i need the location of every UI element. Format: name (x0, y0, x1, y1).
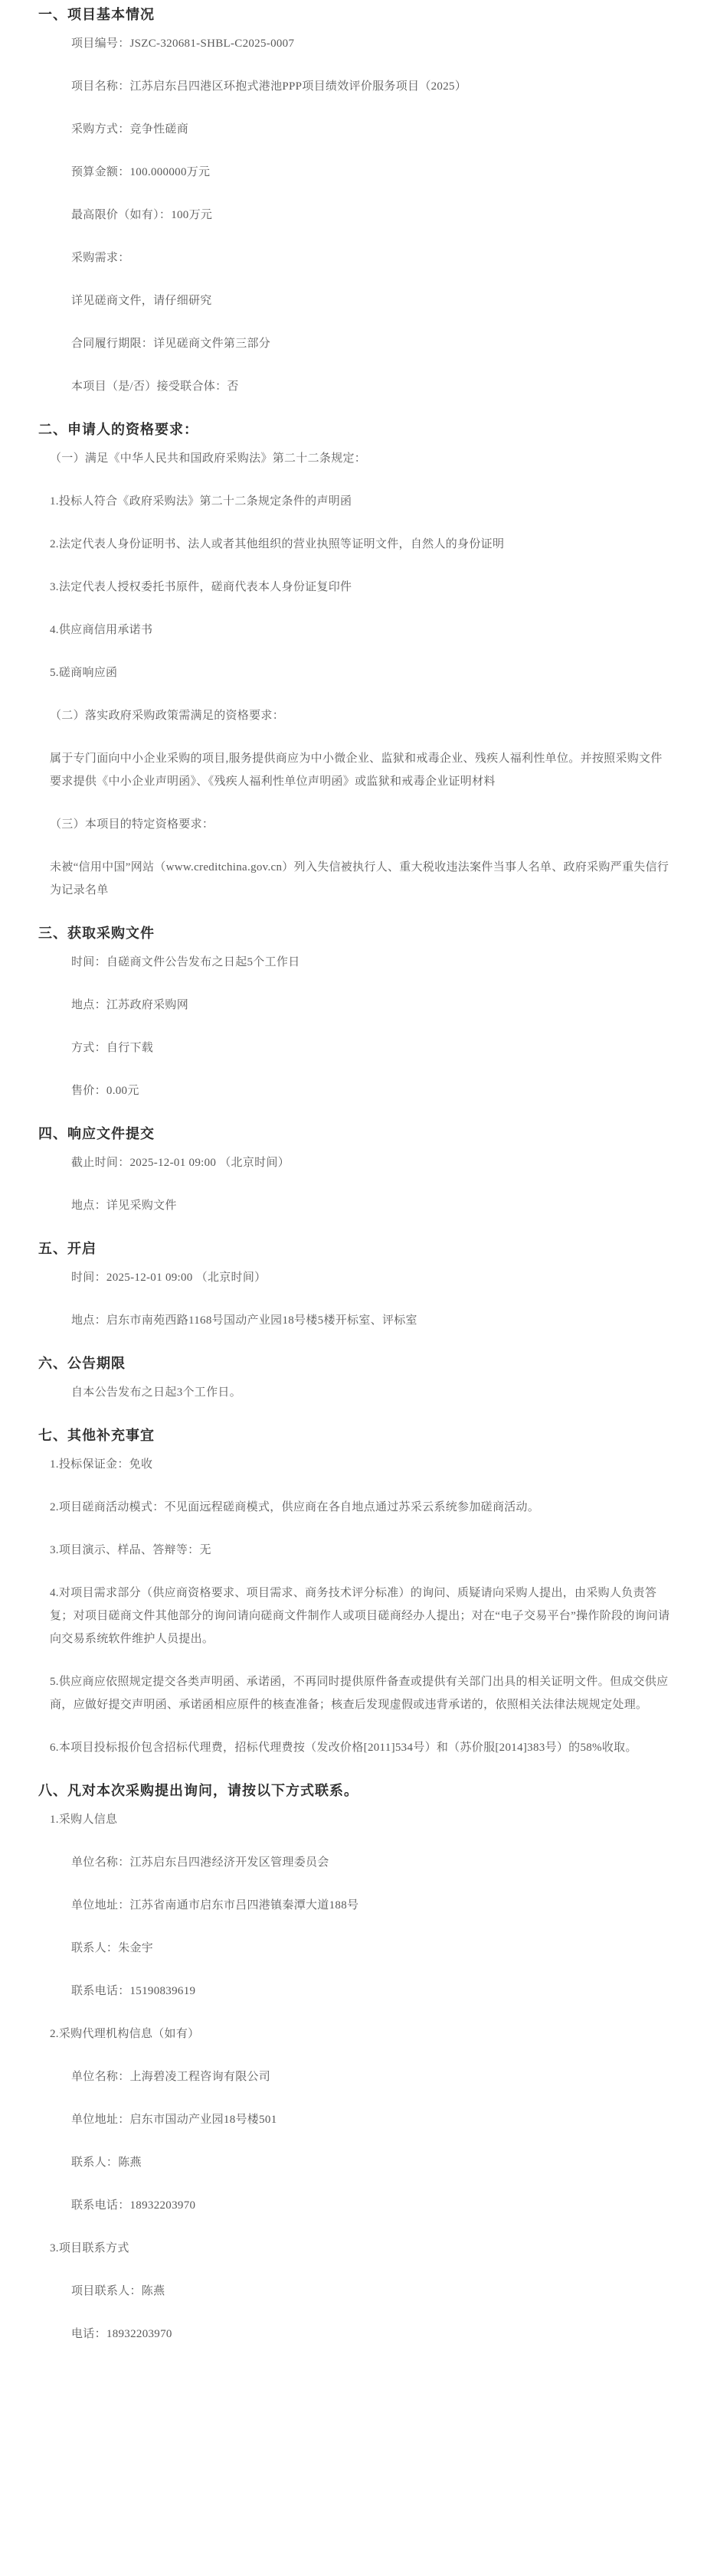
list-item: 4.供应商信用承诺书 (50, 619, 670, 642)
section-heading: 八、凡对本次采购提出询问，请按以下方式联系。 (38, 1779, 670, 1802)
list-item: 2.采购代理机构信息（如有） (50, 2023, 670, 2045)
list-item: 1.投标人符合《政府采购法》第二十二条规定条件的声明函 (50, 490, 670, 513)
field-line: 自本公告发布之日起3个工作日。 (71, 1381, 670, 1404)
list-item: 6.本项目投标报价包含招标代理费，招标代理费按（发改价格[2011]534号）和… (50, 1736, 670, 1759)
list-item: 4.对项目需求部分（供应商资格要求、项目需求、商务技术评分标准）的询问、质疑请向… (50, 1582, 670, 1650)
list-item: 1.投标保证金：免收 (50, 1453, 670, 1476)
section-heading: 二、申请人的资格要求： (38, 418, 670, 441)
field-line: 时间：自磋商文件公告发布之日起5个工作日 (71, 951, 670, 974)
list-item: 2.法定代表人身份证明书、法人或者其他组织的营业执照等证明文件，自然人的身份证明 (50, 533, 670, 556)
field-line: 合同履行期限：详见磋商文件第三部分 (71, 332, 670, 355)
list-item: 3.项目演示、样品、答辩等：无 (50, 1539, 670, 1562)
field-line: 项目编号：JSZC-320681-SHBL-C2025-0007 (71, 32, 670, 55)
section-heading: 六、公告期限 (38, 1352, 670, 1375)
list-item: 3.项目联系方式 (50, 2237, 670, 2260)
list-item: 3.法定代表人授权委托书原件，磋商代表本人身份证复印件 (50, 576, 670, 599)
field-line: 单位名称：江苏启东吕四港经济开发区管理委员会 (71, 1851, 670, 1874)
list-item: 1.采购人信息 (50, 1808, 670, 1831)
document-body: 一、项目基本情况项目编号：JSZC-320681-SHBL-C2025-0007… (0, 3, 707, 2346)
list-item: 5.供应商应依照规定提交各类声明函、承诺函，不再同时提供原件备查或提供有关部门出… (50, 1670, 670, 1716)
field-line: 电话：18932203970 (71, 2323, 670, 2346)
list-item: （三）本项目的特定资格要求： (50, 813, 670, 836)
field-line: 联系人：朱金宇 (71, 1937, 670, 1960)
section-heading: 三、获取采购文件 (38, 922, 670, 945)
field-line: 售价：0.00元 (71, 1079, 670, 1102)
field-line: 时间：2025-12-01 09:00 （北京时间） (71, 1266, 670, 1289)
list-item: 属于专门面向中小企业采购的项目,服务提供商应为中小微企业、监狱和戒毒企业、残疾人… (50, 747, 670, 793)
list-item: 2.项目磋商活动模式：不见面远程磋商模式，供应商在各自地点通过苏采云系统参加磋商… (50, 1496, 670, 1519)
list-item: 未被“信用中国”网站（www.creditchina.gov.cn）列入失信被执… (50, 856, 670, 902)
field-line: 联系人：陈燕 (71, 2151, 670, 2174)
announcement-document: 一、项目基本情况项目编号：JSZC-320681-SHBL-C2025-0007… (0, 0, 707, 2576)
field-line: 预算金额：100.000000万元 (71, 161, 670, 184)
field-line: 单位名称：上海碧凌工程咨询有限公司 (71, 2065, 670, 2088)
field-line: 地点：启东市南苑西路1168号国动产业园18号楼5楼开标室、评标室 (71, 1309, 670, 1332)
section-heading: 七、其他补充事宜 (38, 1424, 670, 1447)
field-line: 项目联系人：陈燕 (71, 2280, 670, 2303)
field-line: 项目名称：江苏启东吕四港区环抱式港池PPP项目绩效评价服务项目（2025） (71, 75, 670, 98)
field-line: 联系电话：18932203970 (71, 2194, 670, 2217)
field-line: 单位地址：启东市国动产业园18号楼501 (71, 2108, 670, 2131)
field-line: 采购需求： (71, 246, 670, 269)
field-line: 本项目（是/否）接受联合体：否 (71, 375, 670, 398)
section-heading: 四、响应文件提交 (38, 1122, 670, 1145)
field-line: 方式：自行下载 (71, 1037, 670, 1059)
field-line: 最高限价（如有）：100万元 (71, 204, 670, 227)
section-heading: 一、项目基本情况 (38, 3, 670, 26)
field-line: 地点：江苏政府采购网 (71, 994, 670, 1017)
section-heading: 五、开启 (38, 1237, 670, 1260)
list-item: （一）满足《中华人民共和国政府采购法》第二十二条规定： (50, 447, 670, 470)
list-item: 5.磋商响应函 (50, 661, 670, 684)
field-line: 详见磋商文件，请仔细研究 (71, 289, 670, 312)
field-line: 地点：详见采购文件 (71, 1194, 670, 1217)
list-item: （二）落实政府采购政策需满足的资格要求： (50, 704, 670, 727)
field-line: 单位地址：江苏省南通市启东市吕四港镇秦潭大道188号 (71, 1894, 670, 1917)
field-line: 采购方式：竞争性磋商 (71, 118, 670, 141)
field-line: 联系电话：15190839619 (71, 1980, 670, 2003)
field-line: 截止时间：2025-12-01 09:00 （北京时间） (71, 1151, 670, 1174)
